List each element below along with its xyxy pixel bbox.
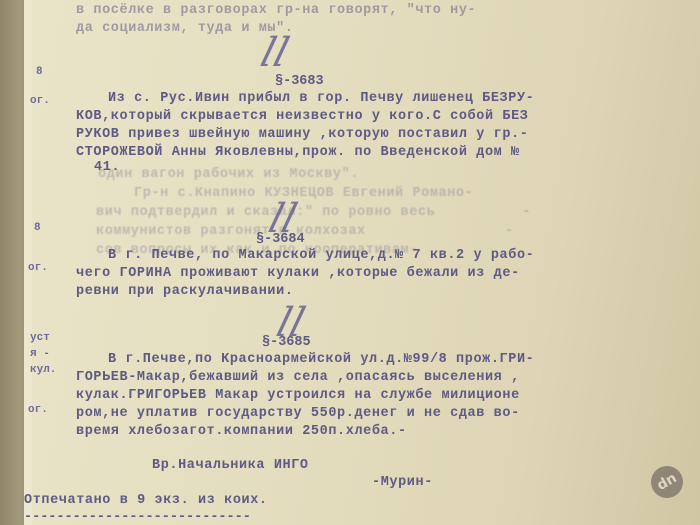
margin-note: я - [30, 348, 50, 360]
signatory-name: -Мурин- [372, 475, 433, 490]
text-line: ром,не уплатив государству 550р.денег и … [76, 406, 520, 421]
bleed-through-line: коммунистов разгонят в колхозах - [96, 224, 514, 239]
bleed-through-line: вич подтвердил и сказал:" по ровно весь … [96, 205, 531, 220]
text-line: ГОРЬЕВ-Макар,бежавший из села ,опасаясь … [76, 370, 520, 385]
margin-note: ог. [28, 262, 48, 274]
margin-note: ог. [28, 404, 48, 416]
text-line: ревни при раскулачивании. [76, 284, 294, 299]
bleed-through-line: один вагон рабочих из Москву". [98, 167, 359, 182]
text-line: кулак.ГРИГОРЬЕВ Макар устроился на служб… [76, 388, 520, 403]
print-note: Отпечатано в 9 экз. из коих. [24, 493, 268, 508]
margin-note: ог. [30, 95, 50, 107]
text-line: чего ГОРИНА проживают кулаки ,которые бе… [76, 266, 520, 281]
text-line: РУКОВ привез швейную машину ,которую пос… [76, 127, 528, 142]
margin-note: 8 [36, 66, 43, 78]
margin-note: кул. [30, 364, 56, 376]
margin-note: 8 [34, 222, 41, 234]
text-line: да социализм, туда и мы". [76, 21, 294, 36]
text-line: в посёлке в разговорах гр-на говорят, "ч… [76, 3, 476, 18]
text-line: 41. [94, 160, 120, 175]
text-line: В г.Печве,по Красноармейской ул.д.№99/8 … [108, 352, 534, 367]
text-line: время хлебозагот.компании 250п.хлеба.- [76, 424, 407, 439]
bleed-through-line: Гр-н с.Кнапино КУЗНЕЦОВ Евгений Романо- [134, 186, 473, 201]
dashed-rule: ---------------------------- [24, 510, 251, 525]
text-line: КОВ,который скрывается неизвестно у кого… [76, 109, 528, 124]
section-number: §-3685 [262, 335, 311, 350]
section-number: §-3683 [275, 74, 324, 89]
section-number: §-3684 [256, 232, 305, 247]
text-line: Из с. Рус.Ивин прибыл в гор. Печву лишен… [108, 91, 534, 106]
margin-note: уст [30, 332, 50, 344]
text-line: В г. Печве, по Макарской улице,д.№ 7 кв.… [108, 248, 534, 263]
signatory-title: Вр.Начальника ИНГО [152, 458, 309, 473]
text-line: СТОРОЖЕВОЙ Анны Яковлевны,прож. по Введе… [76, 145, 520, 160]
